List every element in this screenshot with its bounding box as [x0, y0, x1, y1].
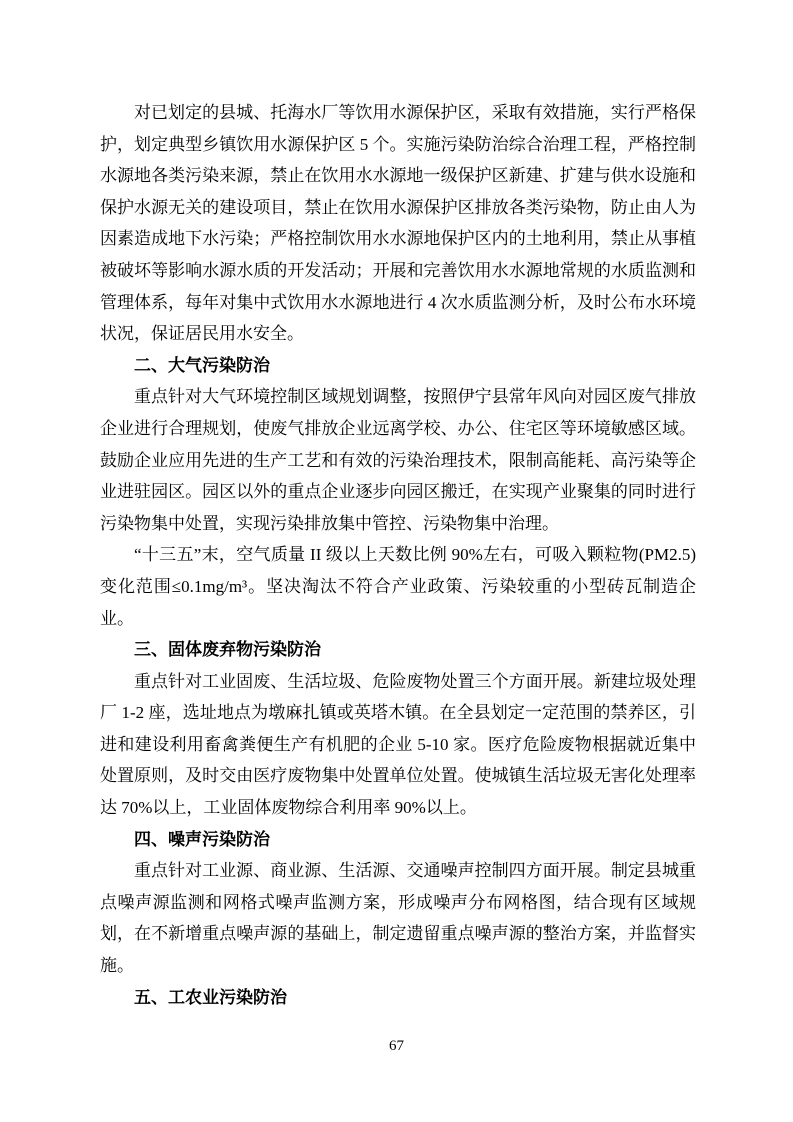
- page-number: 67: [0, 1036, 793, 1056]
- document-page: 对已划定的县城、托海水厂等饮用水源保护区，采取有效措施，实行严格保护，划定典型乡…: [0, 0, 793, 1122]
- paragraph-solid-waste-measures: 重点针对工业固废、生活垃圾、危险废物处置三个方面开展。新建垃圾处理厂 1-2 座…: [100, 666, 696, 824]
- paragraph-noise-control-measures: 重点针对工业源、商业源、生活源、交通噪声控制四方面开展。制定县城重点噪声源监测和…: [100, 855, 696, 981]
- paragraph-drinking-water-protection: 对已划定的县城、托海水厂等饮用水源保护区，采取有效措施，实行严格保护，划定典型乡…: [100, 97, 696, 350]
- heading-section-4-noise: 四、噪声污染防治: [100, 824, 696, 856]
- paragraph-air-pollution-planning: 重点针对大气环境控制区域规划调整，按照伊宁县常年风向对园区废气排放企业进行合理规…: [100, 381, 696, 539]
- heading-section-3-solid-waste: 三、固体废弃物污染防治: [100, 634, 696, 666]
- paragraph-air-quality-targets: “十三五”末，空气质量 II 级以上天数比例 90%左右，可吸入颗粒物(PM2.…: [100, 539, 696, 634]
- heading-section-2-air-pollution: 二、大气污染防治: [100, 350, 696, 382]
- heading-section-5-industry-agriculture: 五、工农业污染防治: [100, 982, 696, 1014]
